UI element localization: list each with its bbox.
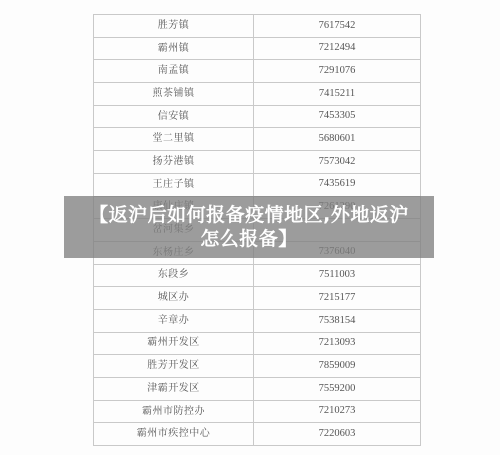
town-name-cell: 堂二里镇 (94, 128, 254, 151)
table-row: 胜芳开发区 7859009 (94, 355, 421, 378)
town-name-cell: 津霸开发区 (94, 378, 254, 401)
phone-number-cell: 7210273 (254, 400, 421, 423)
phone-number-cell: 7435619 (254, 173, 421, 196)
phone-number-cell: 7220603 (254, 423, 421, 446)
table-row: 扬芬港镇 7573042 (94, 151, 421, 174)
town-name-cell: 胜芳镇 (94, 15, 254, 38)
title-overlay-banner: 【返沪后如何报备疫情地区,外地返沪 怎么报备】 (64, 196, 434, 258)
table-row: 辛章办 7538154 (94, 309, 421, 332)
document-page: 胜芳镇 7617542 霸州镇 7212494 南孟镇 7291076 煎茶铺镇… (0, 0, 500, 455)
phone-number-cell: 7415211 (254, 83, 421, 106)
phone-number-cell: 7215177 (254, 287, 421, 310)
town-name-cell: 霸州镇 (94, 37, 254, 60)
town-name-cell: 霸州市疾控中心 (94, 423, 254, 446)
table-row: 霸州镇 7212494 (94, 37, 421, 60)
table-row: 煎茶铺镇 7415211 (94, 83, 421, 106)
town-name-cell: 王庄子镇 (94, 173, 254, 196)
town-name-cell: 霸州市防控办 (94, 400, 254, 423)
town-name-cell: 扬芬港镇 (94, 151, 254, 174)
table-row: 南孟镇 7291076 (94, 60, 421, 83)
phone-number-cell: 7212494 (254, 37, 421, 60)
phone-number-cell: 7573042 (254, 151, 421, 174)
town-name-cell: 信安镇 (94, 105, 254, 128)
town-name-cell: 城区办 (94, 287, 254, 310)
phone-number-cell: 7859009 (254, 355, 421, 378)
banner-title-line-2: 怎么报备】 (200, 227, 298, 251)
phone-number-cell: 7213093 (254, 332, 421, 355)
table-row: 胜芳镇 7617542 (94, 15, 421, 38)
table-row: 霸州市防控办 7210273 (94, 400, 421, 423)
banner-title-line-1: 【返沪后如何报备疫情地区,外地返沪 (89, 203, 409, 227)
town-name-cell: 胜芳开发区 (94, 355, 254, 378)
table-row: 堂二里镇 5680601 (94, 128, 421, 151)
table-row: 城区办 7215177 (94, 287, 421, 310)
phone-number-cell: 7453305 (254, 105, 421, 128)
table-row: 津霸开发区 7559200 (94, 378, 421, 401)
table-row: 东段乡 7511003 (94, 264, 421, 287)
table-row: 王庄子镇 7435619 (94, 173, 421, 196)
phone-number-cell: 5680601 (254, 128, 421, 151)
town-name-cell: 南孟镇 (94, 60, 254, 83)
phone-number-cell: 7538154 (254, 309, 421, 332)
phone-number-cell: 7617542 (254, 15, 421, 38)
table-row: 信安镇 7453305 (94, 105, 421, 128)
table-row: 霸州开发区 7213093 (94, 332, 421, 355)
town-name-cell: 东段乡 (94, 264, 254, 287)
town-name-cell: 煎茶铺镇 (94, 83, 254, 106)
phone-number-cell: 7511003 (254, 264, 421, 287)
table-row: 霸州市疾控中心 7220603 (94, 423, 421, 446)
town-name-cell: 霸州开发区 (94, 332, 254, 355)
phone-number-cell: 7559200 (254, 378, 421, 401)
town-name-cell: 辛章办 (94, 309, 254, 332)
phone-number-cell: 7291076 (254, 60, 421, 83)
